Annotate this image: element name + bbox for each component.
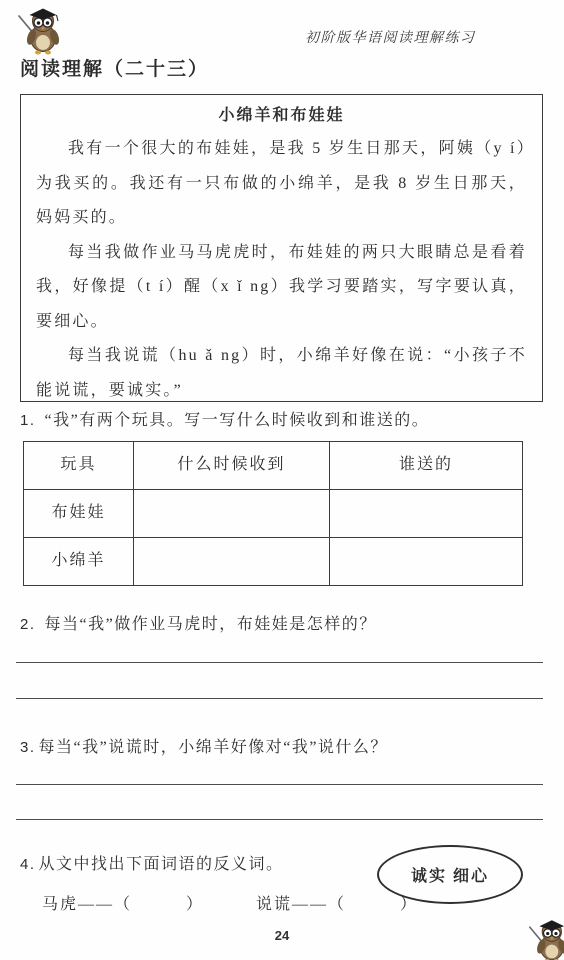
passage-paragraph-2: 每当我做作业马马虎虎时，布娃娃的两只大眼睛总是看着我，好像提（t í）醒（x ǐ… — [36, 236, 527, 340]
toy-table-cell-lamb-name: 小绵羊 — [24, 538, 134, 586]
passage-box: 小绵羊和布娃娃 我有一个很大的布娃娃，是我 5 岁生日那天，阿姨（y í）为我买… — [20, 94, 543, 402]
question-2-text: 每当“我”做作业马虎时，布娃娃是怎样的？ — [45, 616, 377, 633]
question-2-number: 2. — [20, 616, 36, 633]
toy-table-cell-lamb-who — [330, 538, 523, 586]
toy-table-row-lamb: 小绵羊 — [24, 538, 523, 586]
answer-line-q3-1 — [16, 784, 543, 785]
question-4: 4.从文中找出下面词语的反义词。 — [20, 851, 284, 874]
toy-table-cell-doll-name: 布娃娃 — [24, 490, 134, 538]
antonym-row: 马虎——（ ） 说谎——（ ） — [42, 891, 418, 914]
passage-paragraph-1: 我有一个很大的布娃娃，是我 5 岁生日那天，阿姨（y í）为我买的。我还有一只布… — [36, 132, 527, 236]
passage-title: 小绵羊和布娃娃 — [36, 100, 527, 132]
question-4-text: 从文中找出下面词语的反义词。 — [39, 856, 284, 873]
toy-table-header-toy: 玩具 — [24, 442, 134, 490]
word-bank-text: 诚实 细心 — [411, 863, 489, 886]
toy-table-header-when: 什么时候收到 — [134, 442, 330, 490]
header-edition-label: 初阶版华语阅读理解练习 — [305, 27, 485, 47]
toy-table-header-who: 谁送的 — [330, 442, 523, 490]
toy-table-cell-doll-who — [330, 490, 523, 538]
toy-table-header-row: 玩具 什么时候收到 谁送的 — [24, 442, 523, 490]
question-3-text: 每当“我”说谎时，小绵羊好像对“我”说什么？ — [39, 739, 388, 756]
owl-icon — [527, 916, 564, 960]
page-title: 阅读理解（二十三） — [20, 54, 209, 81]
question-1-text: “我”有两个玩具。写一写什么时候收到和谁送的。 — [45, 412, 430, 429]
answer-line-q3-2 — [16, 819, 543, 820]
antonym-item-mahu: 马虎——（ ） — [42, 891, 204, 914]
question-1: 1.“我”有两个玩具。写一写什么时候收到和谁送的。 — [20, 407, 429, 430]
toy-table-cell-lamb-when — [134, 538, 330, 586]
question-4-number: 4. — [20, 856, 36, 873]
toy-table-cell-doll-when — [134, 490, 330, 538]
question-3: 3.每当“我”说谎时，小绵羊好像对“我”说什么？ — [20, 734, 388, 757]
page-number: 24 — [0, 928, 564, 943]
answer-line-q2-1 — [16, 662, 543, 663]
question-3-number: 3. — [20, 739, 36, 756]
worksheet-page: 初阶版华语阅读理解练习 阅读理解（二十三） 小绵羊和布娃娃 我有一个很大的布娃娃… — [0, 0, 564, 960]
answer-line-q2-2 — [16, 698, 543, 699]
owl-logo-bottom — [527, 916, 564, 960]
owl-logo-top — [16, 4, 66, 56]
passage-paragraph-3: 每当我说谎（hu ǎ ng）时，小绵羊好像在说：“小孩子不能说谎，要诚实。” — [36, 339, 527, 402]
question-2: 2.每当“我”做作业马虎时，布娃娃是怎样的？ — [20, 611, 377, 634]
question-1-number: 1. — [20, 412, 36, 429]
antonym-item-shuohuang: 说谎——（ ） — [256, 891, 418, 914]
owl-icon — [16, 4, 66, 56]
toy-table: 玩具 什么时候收到 谁送的 布娃娃 小绵羊 — [23, 441, 523, 586]
toy-table-row-doll: 布娃娃 — [24, 490, 523, 538]
